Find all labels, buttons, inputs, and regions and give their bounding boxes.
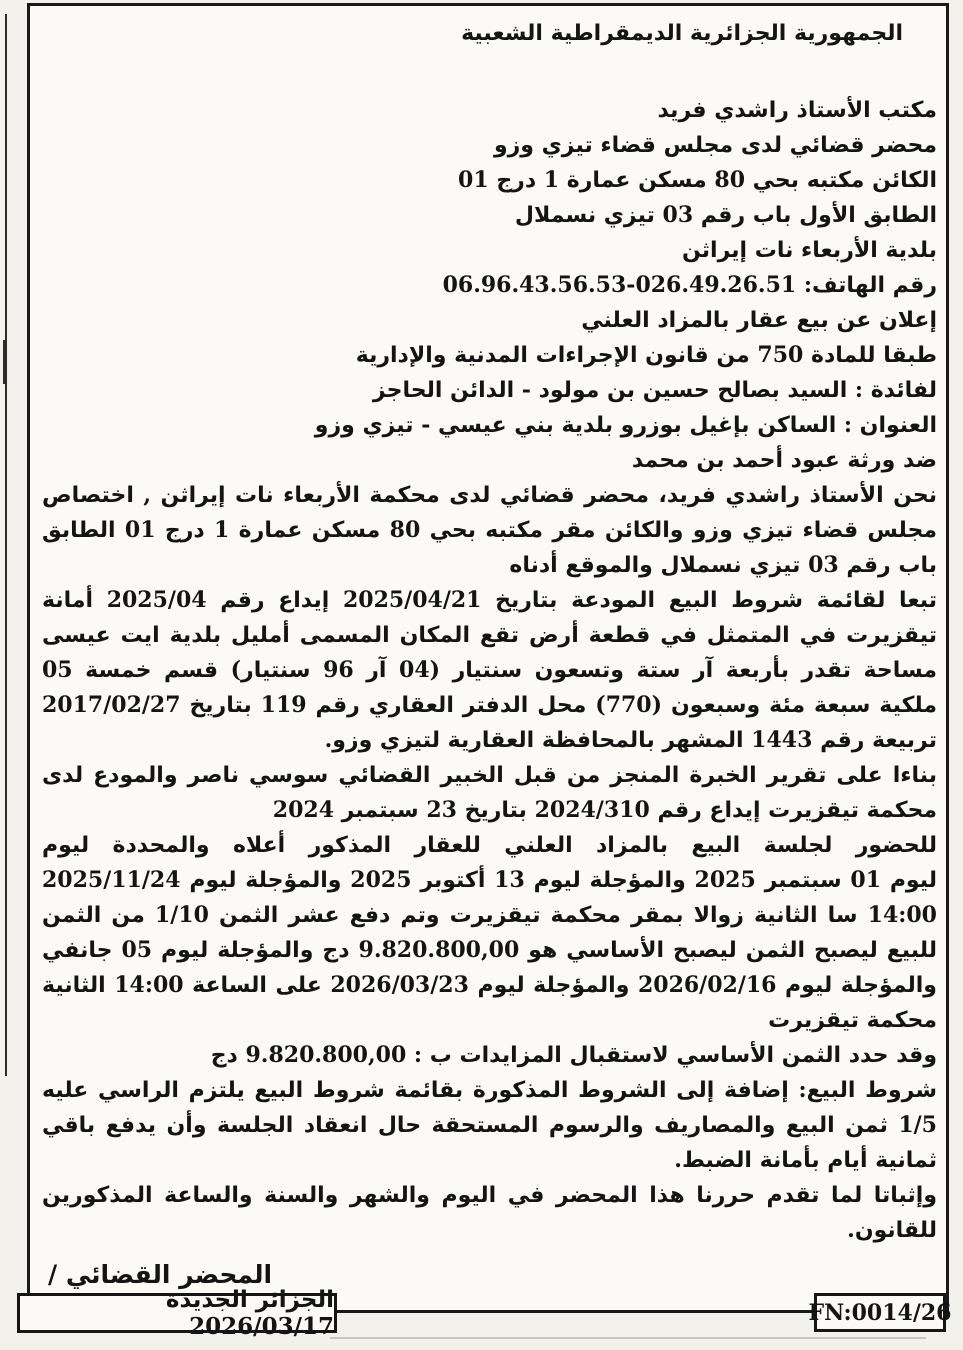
document-line: تبعا لقائمة شروط البيع المودعة بتاريخ 20… [42,583,937,618]
document-line: مجلس قضاء تيزي وزو والكائن مقر مكتبه بحي… [42,513,937,548]
document-line: لفائدة : السيد بصالح حسين بن مولود - الد… [42,373,937,408]
document-line: ثمانية أيام بأمانة الضبط. [42,1143,937,1178]
document-line: للقانون. [42,1213,937,1248]
document-frame: الجمهورية الجزائرية الديمقراطية الشعبيةم… [27,3,949,1313]
document-line: وإثباتا لما تقدم حررنا هذا المحضر في الي… [42,1178,937,1213]
document-line: الجمهورية الجزائرية الديمقراطية الشعبية [42,16,937,51]
scan-shadow-line [330,1337,926,1339]
document-line: شروط البيع: إضافة إلى الشروط المذكورة بق… [42,1073,937,1108]
document-line: باب رقم 03 تيزي نسملال والموقع أدناه [42,548,937,583]
document-line: للحضور لجلسة البيع بالمزاد العلني للعقار… [42,828,937,863]
document-line: مساحة تقدر بأربعة آر ستة وتسعون سنتيار (… [42,653,937,688]
document-line: نحن الأستاذ راشدي فريد، محضر قضائي لدى م… [42,478,937,513]
document-line: 1/5 ثمن البيع والمصاريف والرسوم المستحقة… [42,1108,937,1143]
document-line: تربيعة رقم 1443 المشهر بالمحافظة العقاري… [42,723,937,758]
document-line: ملكية سبعة مئة وسبعون (770) محل الدفتر ا… [42,688,937,723]
document-line: محضر قضائي لدى مجلس قضاء تيزي وزو [42,128,937,163]
document-line: تيقزيرت في المتمثل في قطعة أرض تقع المكا… [42,618,937,653]
document-line: بناءا على تقرير الخبرة المنجز من قبل الخ… [42,758,937,793]
document-line: محكمة تيقزيرت [42,1003,937,1038]
document-line: للبيع ليصبح الثمن ليصبح الأساسي هو 9.820… [42,933,937,968]
document-line: وقد حدد الثمن الأساسي لاستقبال المزايدات… [42,1038,937,1073]
scanned-document-page: الجمهورية الجزائرية الديمقراطية الشعبيةم… [0,0,963,1350]
document-line: 14:00 سا الثانية زوالا بمقر محكمة تيقزير… [42,898,937,933]
document-line: العنوان : الساكن بإغيل بوزرو بلدية بني ع… [42,408,937,443]
document-line: بلدية الأربعاء نات إيراثن [42,233,937,268]
document-line: محكمة تيقزيرت إيداع رقم 2024/310 بتاريخ … [42,793,937,828]
document-line: طبقا للمادة 750 من قانون الإجراءات المدن… [42,338,937,373]
document-body: الجمهورية الجزائرية الديمقراطية الشعبيةم… [42,16,937,1294]
document-line: ضد ورثة عبود أحمد بن محمد [42,443,937,478]
scan-edge-artifact [5,14,7,1076]
document-line: مكتب الأستاذ راشدي فريد [42,93,937,128]
document-line: إعلان عن بيع عقار بالمزاد العلني [42,303,937,338]
reference-number-stamp: FN:0014/26 [814,1293,946,1332]
document-lines: الجمهورية الجزائرية الديمقراطية الشعبيةم… [42,16,937,1248]
document-line: الكائن مكتبه بحي 80 مسكن عمارة 1 درج 01 [42,163,937,198]
document-line: والمؤجلة ليوم 2026/02/16 والمؤجلة ليوم 2… [42,968,937,1003]
document-line: رقم الهاتف: 026.49.26.51-06.96.43.56.53 [42,268,937,303]
document-line: الطابق الأول باب رقم 03 تيزي نسملال [42,198,937,233]
document-line: ليوم 01 سبتمبر 2025 والمؤجلة ليوم 13 أكت… [42,863,937,898]
newspaper-date-stamp: الجزائر الجديدة 2026/03/17 [17,1293,337,1333]
